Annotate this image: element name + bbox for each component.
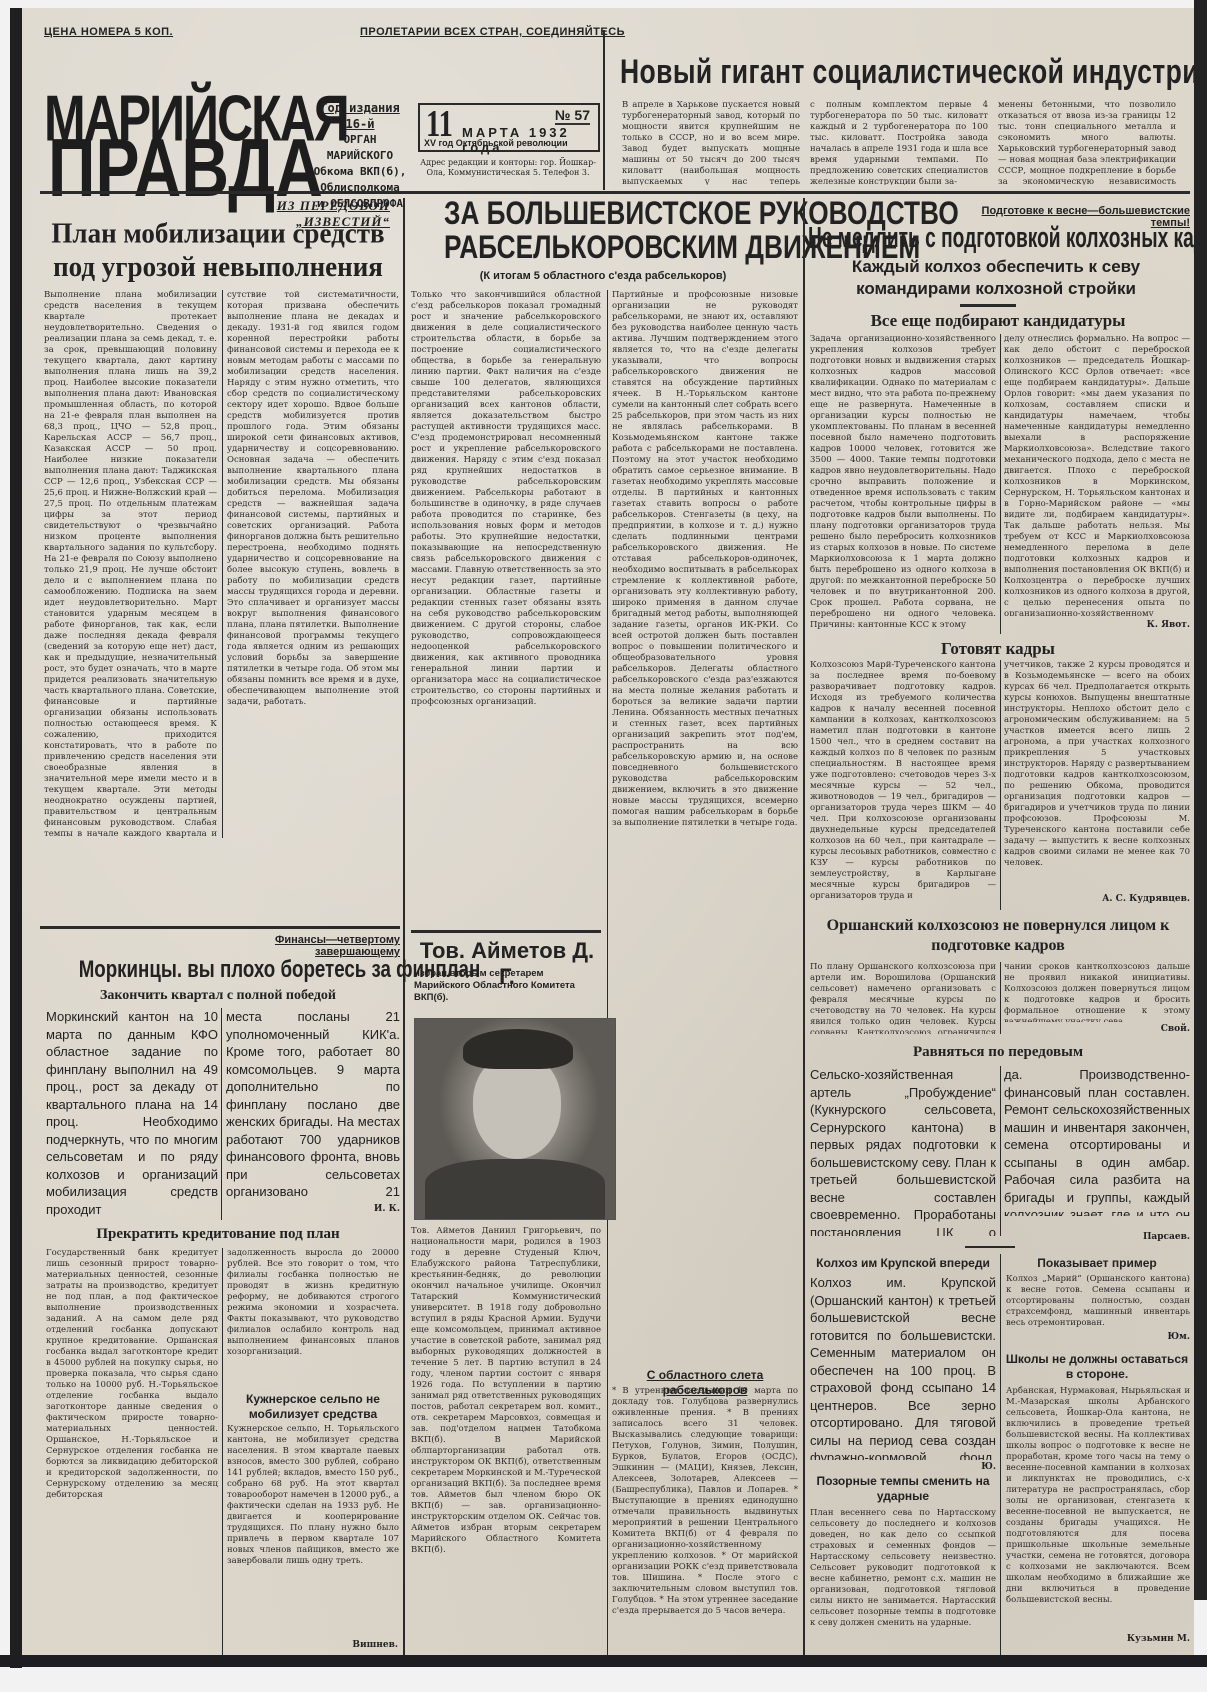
left-article-headline: План мобилизации средств под угрозой нев…: [38, 216, 398, 283]
edition-year: Год издания 16-й: [310, 100, 410, 132]
article2-headline: Готовят кадры: [808, 638, 1188, 659]
credit-col-1: Государственный банк кредитует лишь сезо…: [46, 1248, 218, 1658]
finance-col-1: Моркинский кантон на 10 марта по данным …: [46, 1008, 218, 1220]
article8-text: Арбанская, Нурмаковая, Нырьяльская и М.-…: [1006, 1386, 1190, 1630]
article7-headline: Показывает пример: [1004, 1256, 1190, 1271]
article7-text: Колхоз „Марий“ (Оршанского кантона) к ве…: [1006, 1274, 1190, 1330]
article8-signature: Кузьмин М.: [1090, 1634, 1190, 1644]
article3-signature: Свой.: [1110, 1024, 1190, 1034]
page-edge-left: [10, 8, 22, 1668]
divider: [1000, 334, 1001, 634]
article5-headline: Колхоз им Крупской впереди: [808, 1256, 998, 1271]
article6-headline: Позорные темпы сменить на ударные: [808, 1474, 998, 1504]
organ-line: Обкома ВКП(б),: [310, 164, 410, 180]
divider: [222, 1248, 223, 1658]
divider: [603, 30, 605, 190]
article1-signature: К. Явот.: [1090, 620, 1190, 630]
center-headline-line1: ЗА БОЛЬШЕВИСТСКОЕ РУКОВОДСТВО: [444, 196, 772, 230]
divider: [40, 926, 400, 929]
divider: [960, 304, 1016, 307]
article4-headline: Равняться по передовым: [808, 1042, 1188, 1062]
divider: [1000, 962, 1001, 1034]
article5-signature: Ю.: [910, 1462, 996, 1472]
left-article-col-1: Выполнение плана мобилизации средств нас…: [44, 290, 217, 838]
center-article-col-1: Только что закончившийся областной с'езд…: [411, 290, 601, 896]
divider: [222, 290, 223, 838]
organ-line: МАРИЙСКОГО: [310, 148, 410, 164]
credit-col-2: задолженность выросла до 20000 рублей. В…: [227, 1248, 399, 1378]
price-label: ЦЕНА НОМЕРА 5 КОП.: [44, 26, 173, 38]
credit-headline: Прекратить кредитование под план: [38, 1224, 398, 1244]
kuzhener-text: Кужнерское сельпо, Н. Торьяльского канто…: [227, 1424, 399, 1639]
article2-col-2: учетчиков, также 2 курсы проводятся и в …: [1004, 660, 1190, 892]
finance-subhead: Закончить квартал с полной победой: [38, 986, 398, 1006]
organ-line: ОРГАН: [310, 132, 410, 148]
column-divider: [803, 198, 805, 1658]
article2-signature: А. С. Кудрявцев.: [1040, 894, 1190, 904]
article1-col-1: Задача организационно-хозяйственного укр…: [810, 334, 996, 634]
divider: [221, 1008, 222, 1220]
article3-col-1: По плану Оршанского колхозсоюза при арте…: [810, 962, 996, 1034]
finance-headline: Моркинцы. вы плохо боретесь за финплан: [79, 956, 368, 984]
top-story-headline: Новый гигант социалистической индустрии: [620, 53, 1207, 92]
finance-col-2: места посланы 21 уполномоченный КИК'а. К…: [226, 1008, 400, 1203]
article1-col-2: делу отнеслись формально. На вопрос — ка…: [1004, 334, 1190, 616]
masthead-rule: [40, 191, 1190, 194]
editorial-address: Адрес редакции и конторы: гор. Йошкар-Ол…: [418, 158, 598, 178]
divider: [965, 1246, 1015, 1248]
article4-signature: Парсаев.: [1090, 1232, 1190, 1242]
date-box: 11 № 57 МАРТА 1932 года XV год Октябрьск…: [418, 103, 600, 152]
center-subhead: (К итогам 5 областного с'езда рабселькор…: [408, 270, 798, 282]
slogan: ПРОЛЕТАРИИ ВСЕХ СТРАН, СОЕДИНЯЙТЕСЬ: [360, 26, 625, 38]
aimetov-bio: Тов. Айметов Даниил Григорьевич, по наци…: [411, 1226, 601, 1656]
top-story-col-1: В апреле в Харькове пускается новый турб…: [622, 100, 800, 185]
top-story-col-3: менены бетонными, что позволило отказать…: [998, 100, 1176, 185]
article7-signature: Юм.: [1110, 1332, 1190, 1342]
right-headline: Не медлить с подготовкой колхозных кадро…: [808, 222, 1207, 255]
divider: [1000, 1066, 1001, 1236]
page-edge-bottom: [0, 1655, 1207, 1667]
right-subhead: Каждый колхоз обеспечить к севу командир…: [806, 256, 1186, 300]
kuzhener-headline: Кужнерское сельпо не мобилизует средства: [227, 1392, 399, 1422]
center-headline-line2: РАБСЕЛЬКОРОВСКИМ ДВИЖЕНИЕМ: [444, 230, 772, 264]
portrait-photo: [414, 1018, 616, 1220]
article4-col-1: Сельско-хозяйственная артель „Пробуждени…: [810, 1066, 996, 1236]
article1-headline: Все еще подбирают кандидатуры: [808, 310, 1188, 331]
top-story-col-2: с полным комплектом первые 4 турбогенера…: [810, 100, 988, 185]
finance-kicker: Финансы—четвертому завершающему: [200, 934, 400, 958]
revolution-year: XV год Октябрьской революции: [424, 138, 568, 148]
kuzhener-signature: Вишнев.: [310, 1640, 398, 1650]
center-article-col-2: Партийные и профсоюзные низовые организа…: [612, 290, 798, 1210]
newspaper-title-line2: ПРАВДА: [48, 126, 323, 209]
congress-notes-text: * В утреннем заседании 10 марта по докла…: [612, 1386, 798, 1656]
divider: [411, 930, 601, 933]
page-edge-right: [1194, 0, 1207, 1600]
issue-number: № 57: [555, 107, 590, 125]
newspaper-page: ЦЕНА НОМЕРА 5 КОП. ПРОЛЕТАРИИ ВСЕХ СТРАН…: [10, 8, 1194, 1663]
article3-headline: Оршанский колхозсоюз не повернулся лицом…: [808, 916, 1188, 956]
article5-text: Колхоз им. Крупской (Оршанский кантон) к…: [810, 1274, 996, 1460]
left-article-col-2: сутствие той систематичности, которая пр…: [227, 290, 399, 838]
article2-col-1: Колхозсоюз Марй-Туреченского кантона за …: [810, 660, 996, 910]
edition-info: Год издания 16-й ОРГАН МАРИЙСКОГО Обкома…: [310, 100, 410, 212]
article6-text: План весеннего сева по Нартасскому сельс…: [810, 1508, 996, 1658]
article8-headline: Школы не должны оставаться в стороне.: [1004, 1352, 1190, 1382]
divider: [1000, 1254, 1001, 1658]
finance-signature: И. К.: [310, 1204, 400, 1214]
divider: [607, 290, 608, 1660]
article3-col-2: чании сроков кантколхозсоюз дальше не пр…: [1004, 962, 1190, 1022]
divider: [1000, 660, 1001, 910]
column-divider: [403, 198, 405, 1658]
article4-col-2: да. Производственно-финансовый план сост…: [1004, 1066, 1190, 1216]
